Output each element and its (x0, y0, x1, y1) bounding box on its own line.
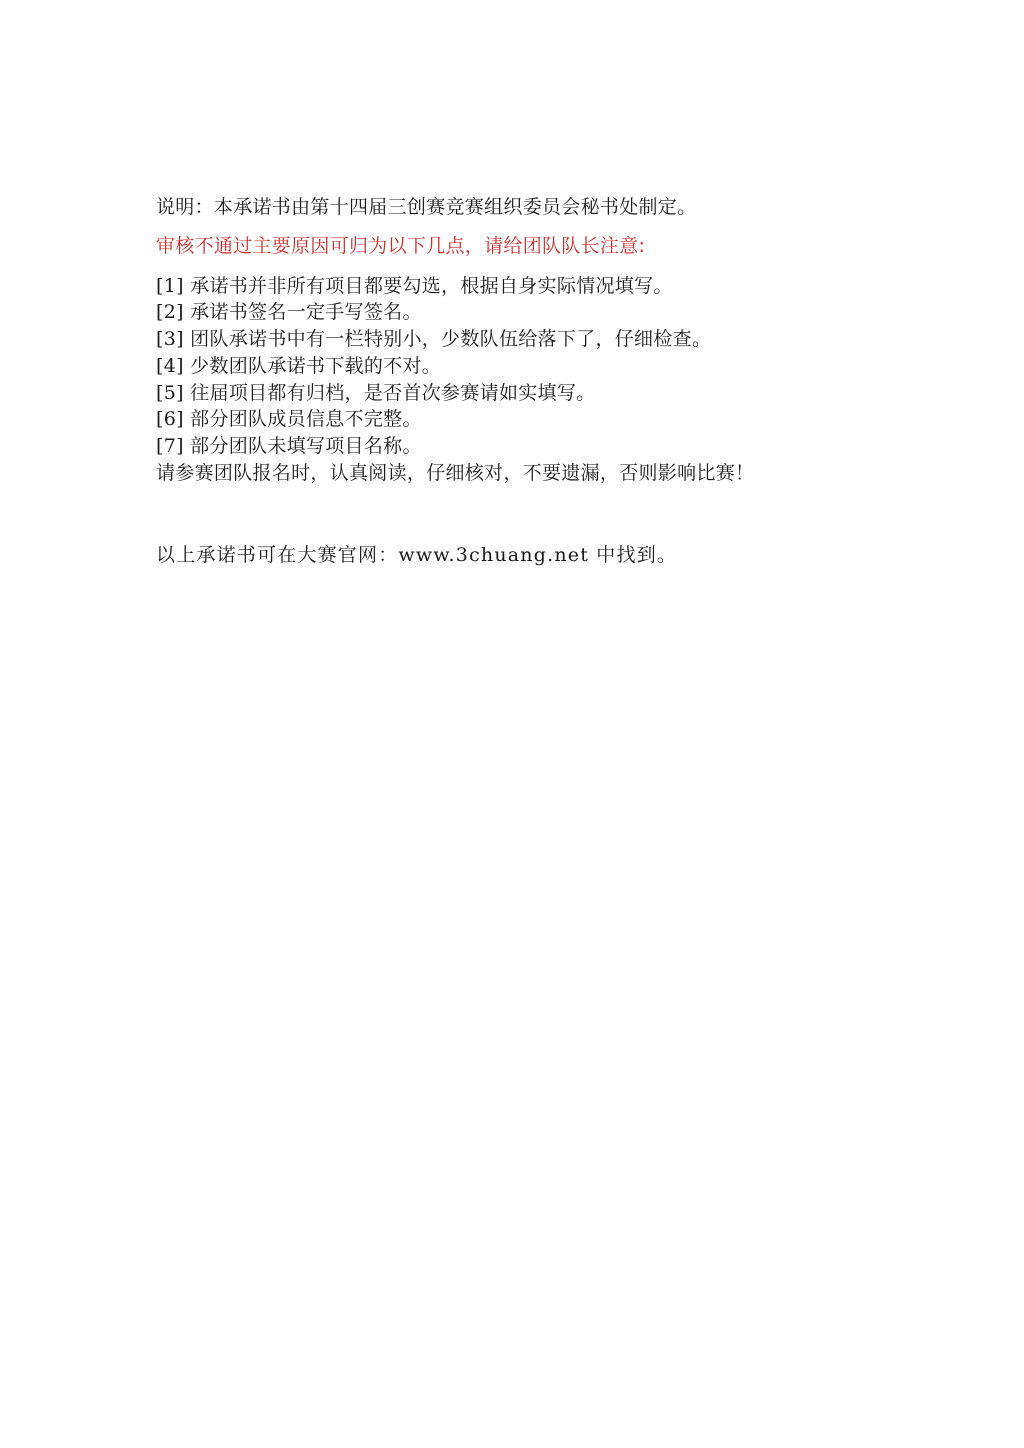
reason-item: [4] 少数团队承诺书下载的不对。 (156, 354, 441, 378)
website-note: 以上承诺书可在大赛官网：www.3chuang.net 中找到。 (156, 543, 677, 567)
reason-item: [3] 团队承诺书中有一栏特别小，少数队伍给落下了，仔细检查。 (156, 327, 711, 351)
warning-heading: 审核不通过主要原因可归为以下几点，请给团队队长注意: (156, 234, 645, 258)
reason-item: [1] 承诺书并非所有项目都要勾选，根据自身实际情况填写。 (156, 274, 673, 298)
closing-text: 请参赛团队报名时，认真阅读，仔细核对，不要遗漏，否则影响比赛！ (156, 461, 754, 485)
reason-item: [7] 部分团队未填写项目名称。 (156, 434, 422, 458)
note-text: 说明：本承诺书由第十四届三创赛竞赛组织委员会秘书处制定。 (156, 195, 696, 219)
reason-item: [6] 部分团队成员信息不完整。 (156, 407, 422, 431)
reason-item: [2] 承诺书签名一定手写签名。 (156, 300, 422, 324)
reason-item: [5] 往届项目都有归档，是否首次参赛请如实填写。 (156, 381, 595, 405)
document-page: 说明：本承诺书由第十四届三创赛竞赛组织委员会秘书处制定。 审核不通过主要原因可归… (0, 0, 1024, 1448)
